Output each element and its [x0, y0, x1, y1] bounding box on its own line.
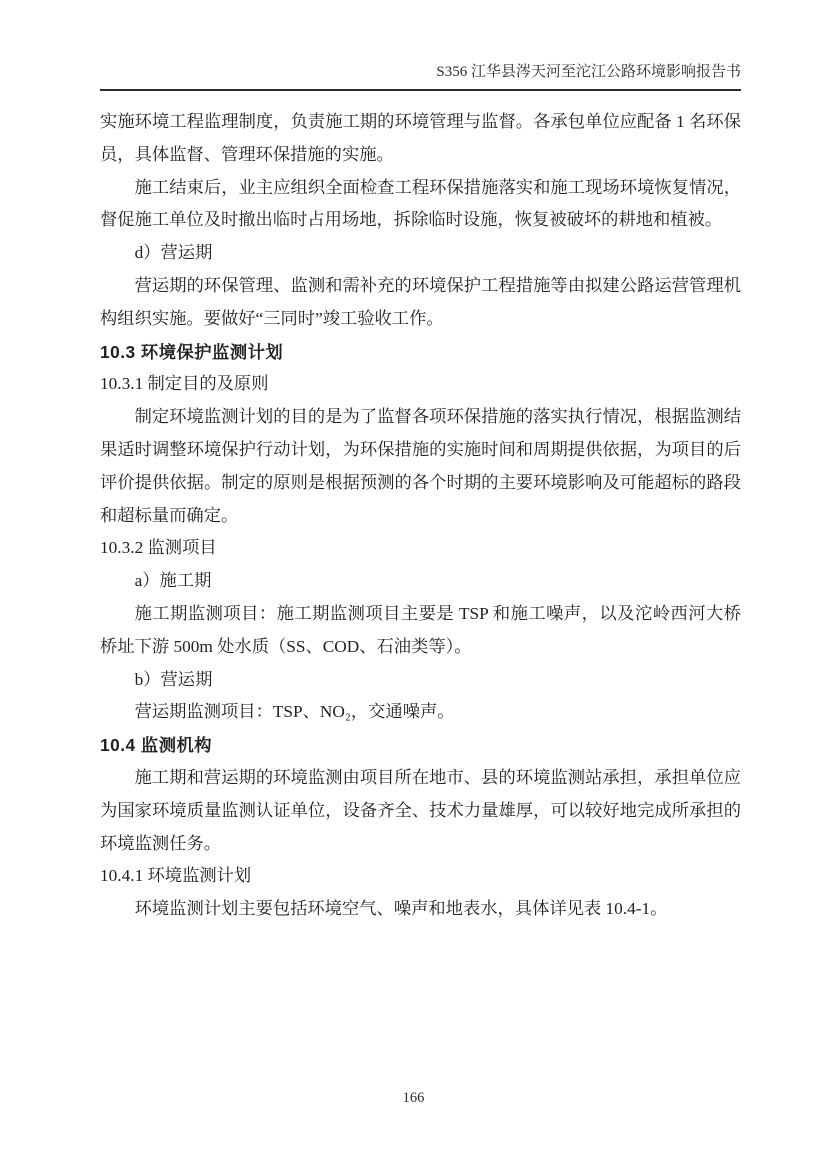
paragraph: 施工期监测项目：施工期监测项目主要是 TSP 和施工噪声，以及沱岭西河大桥桥址下…: [100, 598, 741, 664]
heading-10-3-2: 10.3.2 监测项目: [100, 532, 741, 565]
paragraph: 制定环境监测计划的目的是为了监督各项环保措施的落实执行情况，根据监测结果适时调整…: [100, 401, 741, 532]
heading-10-4: 10.4 监测机构: [100, 729, 741, 762]
paragraph: 环境监测计划主要包括环境空气、噪声和地表水，具体详见表 10.4-1。: [100, 893, 741, 926]
report-title: S356 江华县涔天河至沱江公路环境影响报告书: [436, 64, 741, 80]
document-body: 实施环境工程监理制度，负责施工期的环境管理与监督。各承包单位应配备 1 名环保员…: [100, 106, 741, 926]
page-number: 166: [0, 1090, 827, 1107]
paragraph: 施工期和营运期的环境监测由项目所在地市、县的环境监测站承担，承担单位应为国家环境…: [100, 762, 741, 860]
heading-10-3: 10.3 环境保护监测计划: [100, 336, 741, 369]
list-item-b-operation: b）营运期: [100, 664, 741, 697]
paragraph: 营运期的环保管理、监测和需补充的环境保护工程措施等由拟建公路运营管理机构组织实施…: [100, 270, 741, 336]
heading-10-4-1: 10.4.1 环境监测计划: [100, 860, 741, 893]
page-header: S356 江华县涔天河至沱江公路环境影响报告书: [100, 60, 741, 91]
heading-10-3-1: 10.3.1 制定目的及原则: [100, 368, 741, 401]
list-item-a-construction: a）施工期: [100, 565, 741, 598]
document-page: S356 江华县涔天河至沱江公路环境影响报告书 实施环境工程监理制度，负责施工期…: [0, 0, 827, 1169]
paragraph-continued: 实施环境工程监理制度，负责施工期的环境管理与监督。各承包单位应配备 1 名环保员…: [100, 106, 741, 172]
paragraph: 施工结束后，业主应组织全面检查工程环保措施落实和施工现场环境恢复情况，督促施工单…: [100, 172, 741, 238]
list-item-d-operation: d）营运期: [100, 237, 741, 270]
paragraph: 营运期监测项目：TSP、NO₂，交通噪声。: [100, 696, 741, 729]
